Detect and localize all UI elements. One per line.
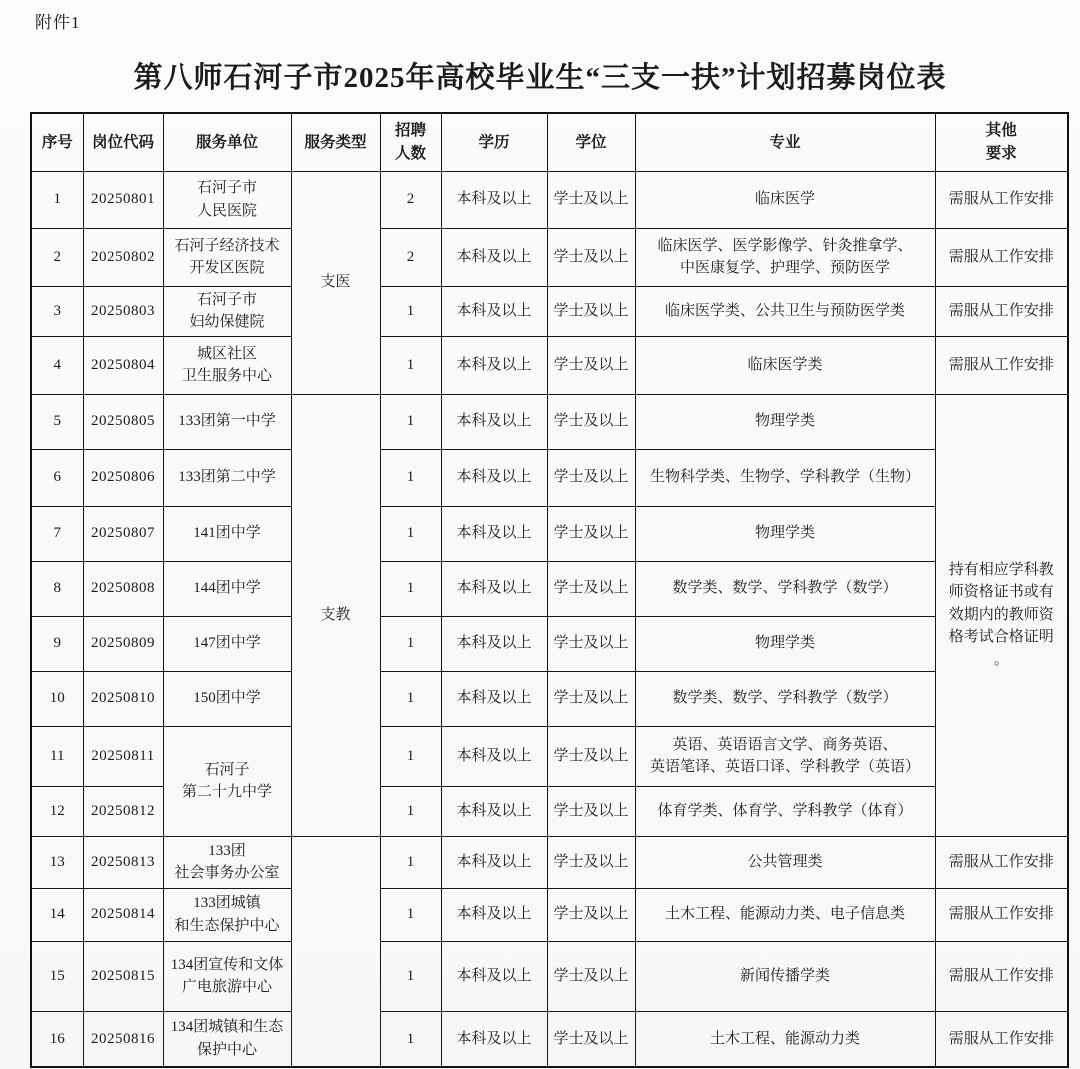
cell-other: 需服从工作安排 bbox=[935, 171, 1068, 228]
cell-no: 11 bbox=[31, 726, 83, 786]
table-row: 420250804城区社区 卫生服务中心1本科及以上学士及以上临床医学类需服从工… bbox=[31, 336, 1068, 394]
cell-degree: 学士及以上 bbox=[547, 228, 635, 286]
cell-no: 12 bbox=[31, 786, 83, 836]
cell-unit: 144团中学 bbox=[163, 561, 291, 616]
table-row: 1420250814133团城镇 和生态保护中心1本科及以上学士及以上土木工程、… bbox=[31, 888, 1068, 941]
cell-other: 需服从工作安排 bbox=[935, 941, 1068, 1011]
cell-unit: 133团 社会事务办公室 bbox=[163, 836, 291, 888]
cell-code: 20250814 bbox=[83, 888, 163, 941]
cell-edu: 本科及以上 bbox=[441, 671, 547, 726]
cell-unit: 石河子 第二十九中学 bbox=[163, 726, 291, 836]
cell-unit: 133团第一中学 bbox=[163, 394, 291, 449]
cell-major: 土木工程、能源动力类 bbox=[635, 1011, 935, 1067]
cell-code: 20250815 bbox=[83, 941, 163, 1011]
cell-code: 20250811 bbox=[83, 726, 163, 786]
cell-count: 1 bbox=[380, 286, 441, 336]
header-recruit-count: 招聘 人数 bbox=[380, 113, 441, 171]
cell-no: 3 bbox=[31, 286, 83, 336]
table-row: 320250803石河子市 妇幼保健院1本科及以上学士及以上临床医学类、公共卫生… bbox=[31, 286, 1068, 336]
cell-major: 物理学类 bbox=[635, 616, 935, 671]
header-service-type: 服务类型 bbox=[291, 113, 380, 171]
cell-degree: 学士及以上 bbox=[547, 394, 635, 449]
header-major: 专业 bbox=[635, 113, 935, 171]
cell-no: 6 bbox=[31, 449, 83, 506]
cell-type: 支医 bbox=[291, 171, 380, 394]
cell-degree: 学士及以上 bbox=[547, 286, 635, 336]
table-row: 220250802石河子经济技术 开发区医院2本科及以上学士及以上临床医学、医学… bbox=[31, 228, 1068, 286]
cell-count: 1 bbox=[380, 1011, 441, 1067]
cell-code: 20250806 bbox=[83, 449, 163, 506]
cell-edu: 本科及以上 bbox=[441, 506, 547, 561]
cell-unit: 133团城镇 和生态保护中心 bbox=[163, 888, 291, 941]
header-position-code: 岗位代码 bbox=[83, 113, 163, 171]
cell-code: 20250803 bbox=[83, 286, 163, 336]
cell-unit: 石河子市 人民医院 bbox=[163, 171, 291, 228]
position-table-body: 120250801石河子市 人民医院支医2本科及以上学士及以上临床医学需服从工作… bbox=[31, 171, 1068, 1067]
table-row: 120250801石河子市 人民医院支医2本科及以上学士及以上临床医学需服从工作… bbox=[31, 171, 1068, 228]
cell-other: 需服从工作安排 bbox=[935, 286, 1068, 336]
cell-edu: 本科及以上 bbox=[441, 1011, 547, 1067]
cell-degree: 学士及以上 bbox=[547, 941, 635, 1011]
cell-edu: 本科及以上 bbox=[441, 726, 547, 786]
cell-no: 2 bbox=[31, 228, 83, 286]
header-service-unit: 服务单位 bbox=[163, 113, 291, 171]
cell-edu: 本科及以上 bbox=[441, 888, 547, 941]
cell-major: 公共管理类 bbox=[635, 836, 935, 888]
cell-degree: 学士及以上 bbox=[547, 616, 635, 671]
cell-edu: 本科及以上 bbox=[441, 286, 547, 336]
cell-count: 1 bbox=[380, 336, 441, 394]
cell-major: 数学类、数学、学科教学（数学） bbox=[635, 561, 935, 616]
cell-count: 1 bbox=[380, 941, 441, 1011]
document-page: 附件1 第八师石河子市2025年高校毕业生“三支一扶”计划招募岗位表 序号 岗位… bbox=[0, 0, 1080, 1069]
cell-code: 20250813 bbox=[83, 836, 163, 888]
cell-code: 20250808 bbox=[83, 561, 163, 616]
cell-edu: 本科及以上 bbox=[441, 228, 547, 286]
cell-major: 数学类、数学、学科教学（数学） bbox=[635, 671, 935, 726]
cell-major: 生物科学类、生物学、学科教学（生物） bbox=[635, 449, 935, 506]
cell-code: 20250812 bbox=[83, 786, 163, 836]
cell-edu: 本科及以上 bbox=[441, 449, 547, 506]
cell-edu: 本科及以上 bbox=[441, 836, 547, 888]
cell-no: 4 bbox=[31, 336, 83, 394]
cell-code: 20250805 bbox=[83, 394, 163, 449]
cell-count: 1 bbox=[380, 449, 441, 506]
table-header-row: 序号 岗位代码 服务单位 服务类型 招聘 人数 学历 学位 专业 其他 要求 bbox=[31, 113, 1068, 171]
cell-code: 20250810 bbox=[83, 671, 163, 726]
cell-code: 20250809 bbox=[83, 616, 163, 671]
cell-degree: 学士及以上 bbox=[547, 1011, 635, 1067]
table-row: 920250809147团中学1本科及以上学士及以上物理学类 bbox=[31, 616, 1068, 671]
cell-other: 需服从工作安排 bbox=[935, 336, 1068, 394]
table-row: 520250805133团第一中学支教1本科及以上学士及以上物理学类持有相应学科… bbox=[31, 394, 1068, 449]
table-row: 1120250811石河子 第二十九中学1本科及以上学士及以上英语、英语语言文学… bbox=[31, 726, 1068, 786]
cell-type bbox=[291, 836, 380, 1067]
cell-count: 1 bbox=[380, 506, 441, 561]
cell-major: 临床医学 bbox=[635, 171, 935, 228]
table-row: 1320250813133团 社会事务办公室1本科及以上学士及以上公共管理类需服… bbox=[31, 836, 1068, 888]
cell-count: 1 bbox=[380, 836, 441, 888]
cell-other: 需服从工作安排 bbox=[935, 228, 1068, 286]
header-education: 学历 bbox=[441, 113, 547, 171]
cell-no: 5 bbox=[31, 394, 83, 449]
cell-other: 需服从工作安排 bbox=[935, 1011, 1068, 1067]
cell-unit: 石河子市 妇幼保健院 bbox=[163, 286, 291, 336]
cell-degree: 学士及以上 bbox=[547, 449, 635, 506]
cell-edu: 本科及以上 bbox=[441, 171, 547, 228]
cell-unit: 134团城镇和生态 保护中心 bbox=[163, 1011, 291, 1067]
cell-no: 13 bbox=[31, 836, 83, 888]
cell-count: 2 bbox=[380, 171, 441, 228]
cell-major: 物理学类 bbox=[635, 394, 935, 449]
header-degree: 学位 bbox=[547, 113, 635, 171]
page-title: 第八师石河子市2025年高校毕业生“三支一扶”计划招募岗位表 bbox=[10, 55, 1070, 96]
header-other-requirements: 其他 要求 bbox=[935, 113, 1068, 171]
cell-unit: 城区社区 卫生服务中心 bbox=[163, 336, 291, 394]
cell-code: 20250816 bbox=[83, 1011, 163, 1067]
cell-major: 临床医学类、公共卫生与预防医学类 bbox=[635, 286, 935, 336]
cell-edu: 本科及以上 bbox=[441, 336, 547, 394]
cell-code: 20250801 bbox=[83, 171, 163, 228]
cell-degree: 学士及以上 bbox=[547, 888, 635, 941]
cell-degree: 学士及以上 bbox=[547, 671, 635, 726]
cell-major: 物理学类 bbox=[635, 506, 935, 561]
cell-count: 1 bbox=[380, 394, 441, 449]
cell-major: 临床医学、医学影像学、针灸推拿学、 中医康复学、护理学、预防医学 bbox=[635, 228, 935, 286]
cell-code: 20250807 bbox=[83, 506, 163, 561]
cell-edu: 本科及以上 bbox=[441, 561, 547, 616]
position-table: 序号 岗位代码 服务单位 服务类型 招聘 人数 学历 学位 专业 其他 要求 1… bbox=[30, 112, 1069, 1068]
cell-edu: 本科及以上 bbox=[441, 616, 547, 671]
cell-unit: 150团中学 bbox=[163, 671, 291, 726]
cell-degree: 学士及以上 bbox=[547, 786, 635, 836]
cell-unit: 石河子经济技术 开发区医院 bbox=[163, 228, 291, 286]
cell-edu: 本科及以上 bbox=[441, 786, 547, 836]
cell-count: 1 bbox=[380, 726, 441, 786]
cell-no: 9 bbox=[31, 616, 83, 671]
cell-count: 2 bbox=[380, 228, 441, 286]
header-serial-number: 序号 bbox=[31, 113, 83, 171]
cell-major: 土木工程、能源动力类、电子信息类 bbox=[635, 888, 935, 941]
table-row: 720250807141团中学1本科及以上学士及以上物理学类 bbox=[31, 506, 1068, 561]
cell-other: 持有相应学科教 师资格证书或有 效期内的教师资 格考试合格证明 。 bbox=[935, 394, 1068, 836]
cell-code: 20250802 bbox=[83, 228, 163, 286]
cell-count: 1 bbox=[380, 888, 441, 941]
cell-count: 1 bbox=[380, 561, 441, 616]
cell-no: 15 bbox=[31, 941, 83, 1011]
cell-degree: 学士及以上 bbox=[547, 726, 635, 786]
cell-unit: 141团中学 bbox=[163, 506, 291, 561]
cell-type: 支教 bbox=[291, 394, 380, 836]
table-row: 1020250810150团中学1本科及以上学士及以上数学类、数学、学科教学（数… bbox=[31, 671, 1068, 726]
table-row: 1520250815134团宣传和文体 广电旅游中心1本科及以上学士及以上新闻传… bbox=[31, 941, 1068, 1011]
table-row: 620250806133团第二中学1本科及以上学士及以上生物科学类、生物学、学科… bbox=[31, 449, 1068, 506]
cell-no: 8 bbox=[31, 561, 83, 616]
cell-degree: 学士及以上 bbox=[547, 506, 635, 561]
table-row: 1620250816134团城镇和生态 保护中心1本科及以上学士及以上土木工程、… bbox=[31, 1011, 1068, 1067]
attachment-label: 附件1 bbox=[35, 8, 1080, 33]
cell-degree: 学士及以上 bbox=[547, 171, 635, 228]
cell-no: 10 bbox=[31, 671, 83, 726]
cell-unit: 147团中学 bbox=[163, 616, 291, 671]
cell-edu: 本科及以上 bbox=[441, 941, 547, 1011]
cell-no: 14 bbox=[31, 888, 83, 941]
cell-edu: 本科及以上 bbox=[441, 394, 547, 449]
cell-no: 7 bbox=[31, 506, 83, 561]
cell-unit: 133团第二中学 bbox=[163, 449, 291, 506]
cell-unit: 134团宣传和文体 广电旅游中心 bbox=[163, 941, 291, 1011]
cell-degree: 学士及以上 bbox=[547, 561, 635, 616]
cell-major: 英语、英语语言文学、商务英语、 英语笔译、英语口译、学科教学（英语） bbox=[635, 726, 935, 786]
cell-major: 体育学类、体育学、学科教学（体育） bbox=[635, 786, 935, 836]
cell-degree: 学士及以上 bbox=[547, 836, 635, 888]
cell-count: 1 bbox=[380, 671, 441, 726]
cell-count: 1 bbox=[380, 786, 441, 836]
cell-no: 16 bbox=[31, 1011, 83, 1067]
cell-count: 1 bbox=[380, 616, 441, 671]
cell-degree: 学士及以上 bbox=[547, 336, 635, 394]
cell-code: 20250804 bbox=[83, 336, 163, 394]
cell-other: 需服从工作安排 bbox=[935, 888, 1068, 941]
cell-major: 临床医学类 bbox=[635, 336, 935, 394]
cell-no: 1 bbox=[31, 171, 83, 228]
cell-other: 需服从工作安排 bbox=[935, 836, 1068, 888]
table-row: 820250808144团中学1本科及以上学士及以上数学类、数学、学科教学（数学… bbox=[31, 561, 1068, 616]
cell-major: 新闻传播学类 bbox=[635, 941, 935, 1011]
